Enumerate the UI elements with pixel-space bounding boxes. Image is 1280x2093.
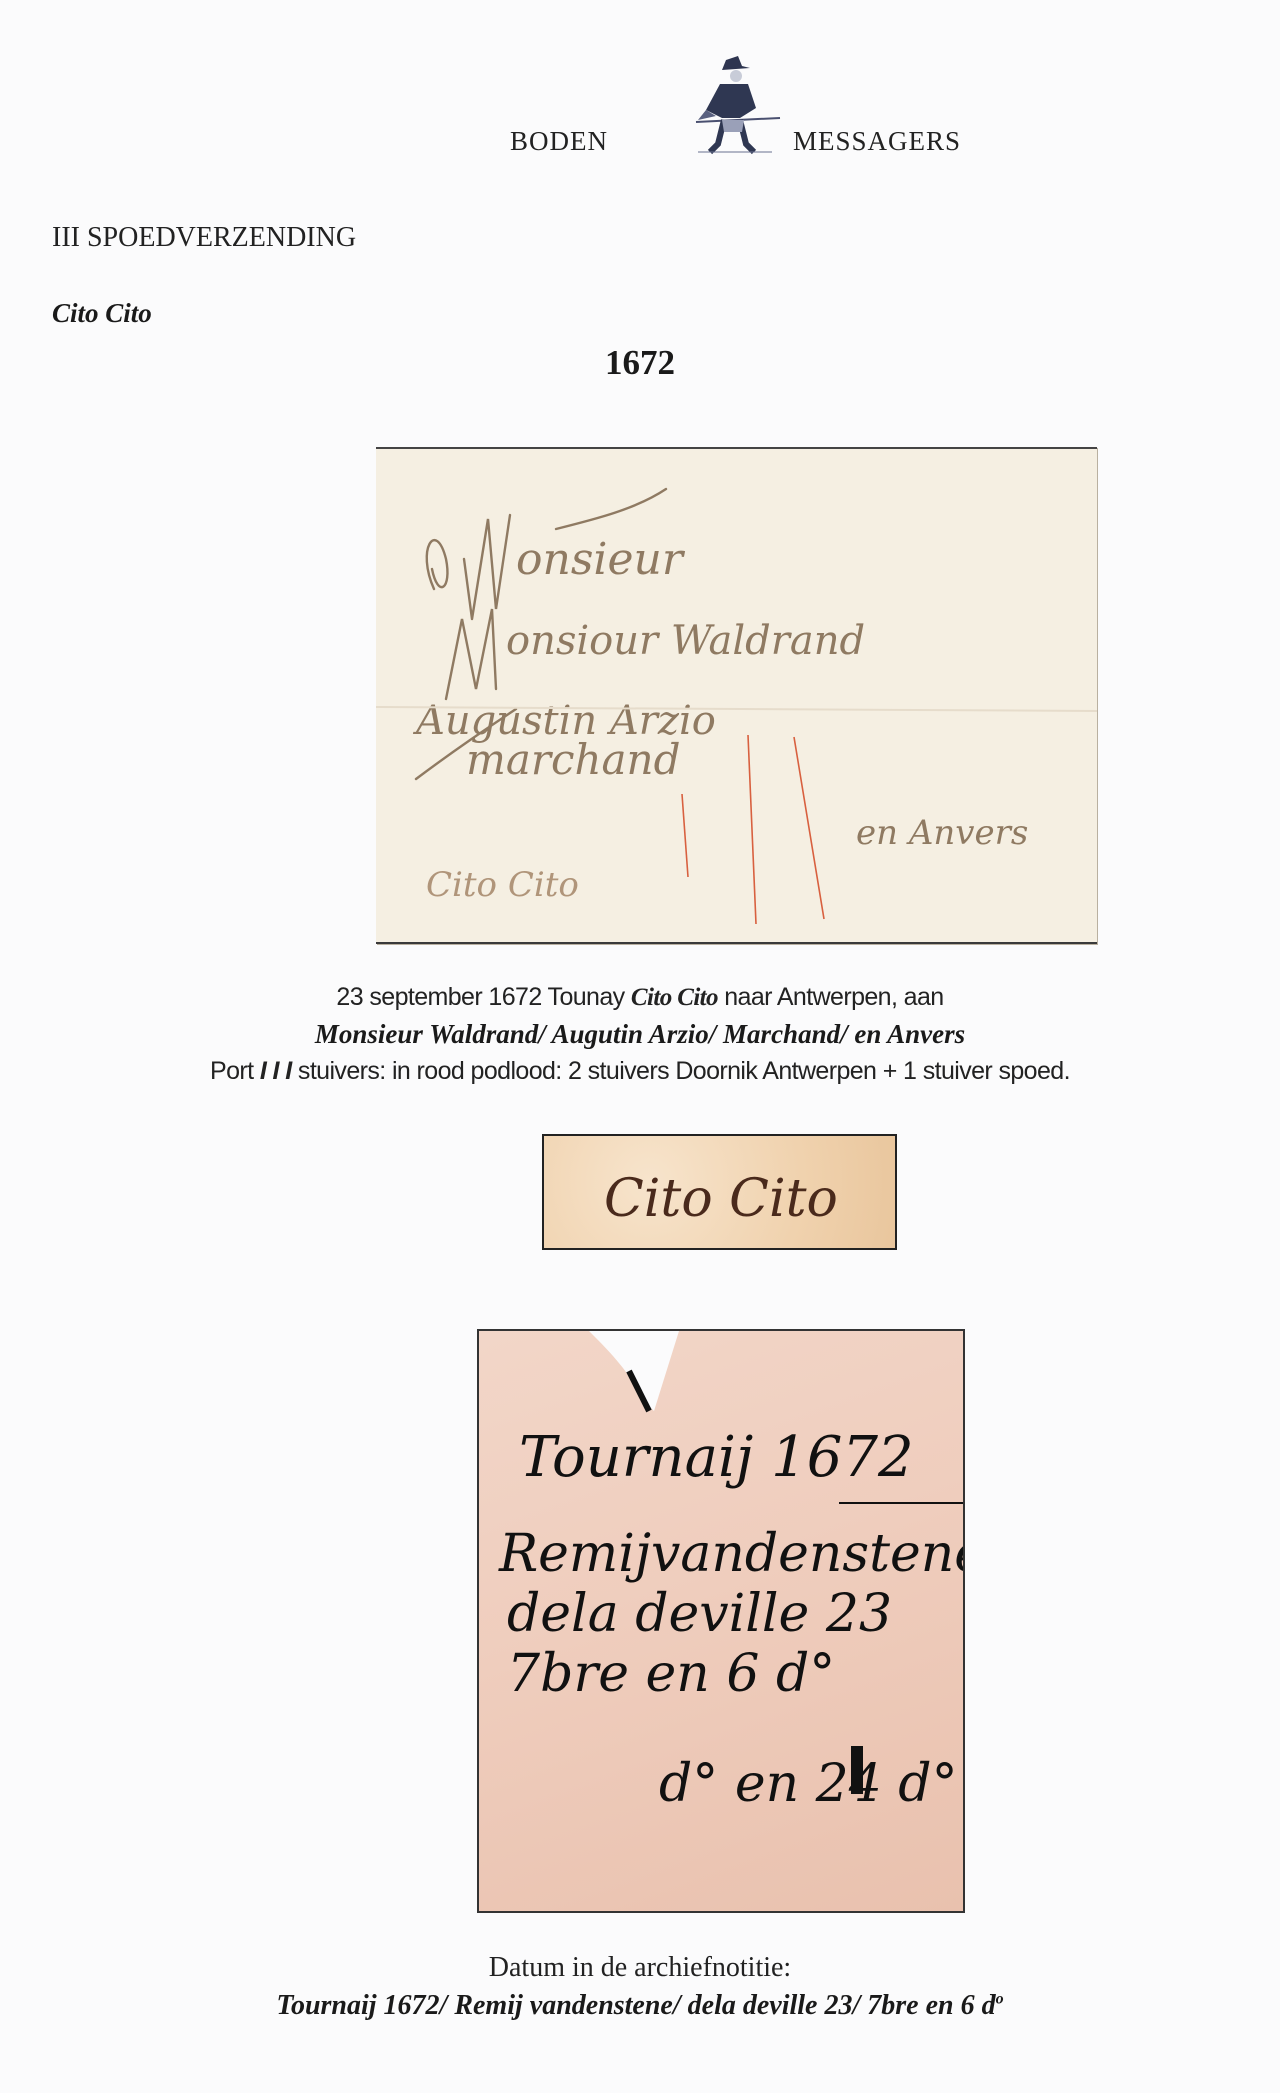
archive-caption-label: Datum in de archiefnotitie: <box>0 1952 1280 1984</box>
archive-transcription: Tournaij 1672/ Remij vandenstene/ dela d… <box>276 1990 995 2021</box>
messenger-figure-icon <box>676 48 794 160</box>
svg-text:en Anvers: en Anvers <box>856 813 1028 853</box>
caption-address: Monsieur Waldrand/ Augutin Arzio/ Marcha… <box>0 1019 1280 1050</box>
caption-destination: naar Antwerpen, aan <box>718 983 944 1011</box>
svg-text:Remijvandenstene: Remijvandenstene <box>498 1524 963 1584</box>
svg-text:dela deville 23: dela deville 23 <box>507 1584 892 1644</box>
header-right-word: MESSAGERS <box>793 126 961 157</box>
svg-text:onsieur: onsieur <box>516 534 686 585</box>
archive-caption-text: Tournaij 1672/ Remij vandenstene/ dela d… <box>0 1990 1280 2022</box>
section-subtitle: Cito Cito <box>52 298 152 329</box>
svg-text:Cito Cito: Cito Cito <box>426 865 579 905</box>
caption-date-route: 23 september 1672 Tounay <box>336 983 631 1011</box>
section-title: III SPOEDVERZENDING <box>52 222 356 254</box>
archive-transcription-superscript: o <box>996 1991 1004 2008</box>
svg-text:Tournaij 1672: Tournaij 1672 <box>519 1425 914 1490</box>
header-left-word: BODEN <box>510 126 608 157</box>
caption-cito: Cito Cito <box>631 984 718 1011</box>
caption-port-label: Port <box>210 1057 260 1085</box>
svg-text:d° en 24 d°: d° en 24 d° <box>659 1754 958 1814</box>
caption-line-1: 23 september 1672 Tounay Cito Cito naar … <box>0 983 1280 1012</box>
svg-text:onsiour Waldrand: onsiour Waldrand <box>506 618 865 664</box>
archive-note-image: Tournaij 1672 Remijvandenstene dela devi… <box>477 1329 965 1913</box>
caption-port-marks: I I I <box>260 1057 292 1085</box>
cito-detail-text: Cito Cito <box>604 1169 838 1229</box>
svg-text:marchand: marchand <box>466 735 681 784</box>
year-heading: 1672 <box>0 343 1280 383</box>
caption-line-3: Port I I I stuivers: in rood podlood: 2 … <box>0 1057 1280 1086</box>
letter-image: onsieur onsiour Waldrand Augustin Arzio … <box>376 447 1097 944</box>
svg-text:7bre en 6 d°: 7bre en 6 d° <box>507 1644 835 1704</box>
caption-port-explanation: stuivers: in rood podlood: 2 stuivers Do… <box>292 1057 1070 1085</box>
cito-cito-detail-image: Cito Cito <box>542 1134 897 1250</box>
